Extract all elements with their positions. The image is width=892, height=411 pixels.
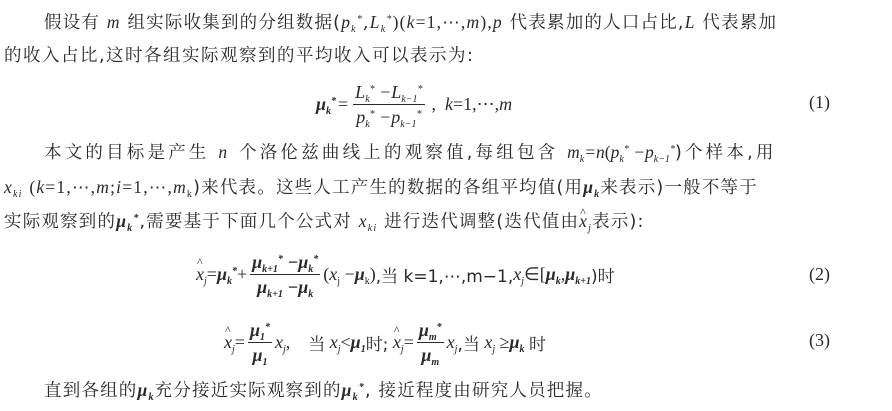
mu-k-star: μk* bbox=[342, 380, 365, 400]
text: )( bbox=[393, 12, 407, 32]
text: 组实际收集到的分组数据( bbox=[127, 13, 341, 33]
equation-2: xj = μk* + μk+1* −μk* μk+1 −μk (xj −μk),… bbox=[196, 246, 615, 302]
var-p-k-star: pk* bbox=[341, 12, 363, 32]
paragraph-2-line-1: 本文的目标是产生 n 个洛伦兹曲线上的观察值,每组包含 mk=n(pk* −pk… bbox=[44, 140, 777, 165]
text: 代表累加的人口占比, bbox=[503, 13, 685, 33]
text: )来代表。这些人工产生的数据的各组平均值(用 bbox=[193, 178, 583, 198]
var-x-hat-j: xj bbox=[579, 209, 592, 233]
var-m-k: mk=n bbox=[567, 142, 605, 162]
var-x-ki: xki bbox=[4, 177, 23, 197]
equation-3: xj = μ1* μ1 xj, 当 xj<μ1时; xj = μm* μm xj… bbox=[224, 314, 546, 370]
var-x-hat-j: xj bbox=[224, 332, 235, 353]
fraction: μ1* μ1 bbox=[248, 319, 272, 366]
interval-open: ∈[ bbox=[524, 264, 546, 285]
condition-text: 当 bbox=[308, 330, 325, 355]
text: 代表累加 bbox=[696, 13, 778, 33]
paragraph-2-line-2: xki (k=1,⋯,m;i=1,⋯,mk)来代表。这些人工产生的数据的各组平均… bbox=[4, 175, 758, 200]
paragraph-3: 直到各组的μk充分接近实际观察到的μk*, 接近程度由研究人员把握。 bbox=[44, 378, 603, 403]
equation-1-number: (1) bbox=[809, 92, 830, 113]
mu-k-star: μk* bbox=[116, 211, 139, 231]
text: ), bbox=[480, 12, 493, 32]
var-m: m bbox=[466, 12, 480, 32]
text: , 接近程度由研究人员把握。 bbox=[365, 381, 603, 401]
paragraph-1-line-1: 假设有 m 组实际收集到的分组数据(pk*,Lk*)(k=1,⋯,m),p 代表… bbox=[44, 10, 777, 35]
condition-end: )时 bbox=[591, 262, 615, 287]
var-m: m bbox=[107, 12, 121, 32]
text: 直到各组的 bbox=[44, 381, 138, 401]
paragraph-1-line-2: 的收入占比,这时各组实际观察到的平均收入可以表示为: bbox=[4, 44, 474, 68]
paragraph-2-line-3: 实际观察到的μk*,需要基于下面几个公式对 xki 进行迭代调整(迭代值由xj表… bbox=[4, 209, 645, 234]
equation-3-number: (3) bbox=[809, 330, 830, 351]
fraction: Lk* −Lk−1* pk* −pk−1* bbox=[353, 81, 424, 128]
text: 来表示)一般不等于 bbox=[600, 178, 758, 198]
text: 充分接近实际观察到的 bbox=[155, 381, 342, 401]
text: 实际观察到的 bbox=[4, 212, 116, 232]
equation-2-number: (2) bbox=[809, 264, 830, 285]
condition-text: ,当 k=1,⋯,m−1, bbox=[376, 262, 514, 287]
equals: = bbox=[338, 94, 348, 115]
var-x-ki: xki bbox=[359, 211, 378, 231]
fraction: μk+1* −μk* μk+1 −μk bbox=[250, 251, 320, 298]
var-x-hat-j: xj bbox=[196, 264, 207, 285]
fraction: μm* μm bbox=[417, 319, 444, 366]
condition-text: ,当 bbox=[457, 330, 479, 355]
text: )个样本,用 bbox=[675, 143, 777, 163]
text: 个洛伦兹曲线上的观察值,每组包含 bbox=[239, 143, 558, 163]
text: 本文的目标是产生 bbox=[44, 143, 210, 163]
var-k: k bbox=[407, 12, 416, 32]
var-n: n bbox=[218, 142, 230, 162]
text: , bbox=[363, 13, 370, 33]
text: 表示): bbox=[592, 212, 645, 232]
condition-text: 时 bbox=[529, 330, 546, 355]
condition-text: 时; bbox=[366, 330, 389, 355]
mu-k-star: μk* bbox=[316, 94, 336, 115]
text: 假设有 bbox=[44, 13, 100, 33]
text: =1,⋯, bbox=[416, 12, 467, 32]
var-L: L bbox=[685, 12, 696, 32]
text: 进行迭代调整(迭代值由 bbox=[384, 212, 579, 232]
var-p: p bbox=[493, 12, 503, 32]
equation-1: μk* = Lk* −Lk−1* pk* −pk−1* , k=1,⋯,m bbox=[316, 76, 512, 132]
text: ,需要基于下面几个公式对 bbox=[140, 212, 352, 232]
mu-k: μk bbox=[583, 177, 600, 197]
mu-k: μk bbox=[138, 380, 155, 400]
var-L-k-star: Lk* bbox=[370, 12, 393, 32]
